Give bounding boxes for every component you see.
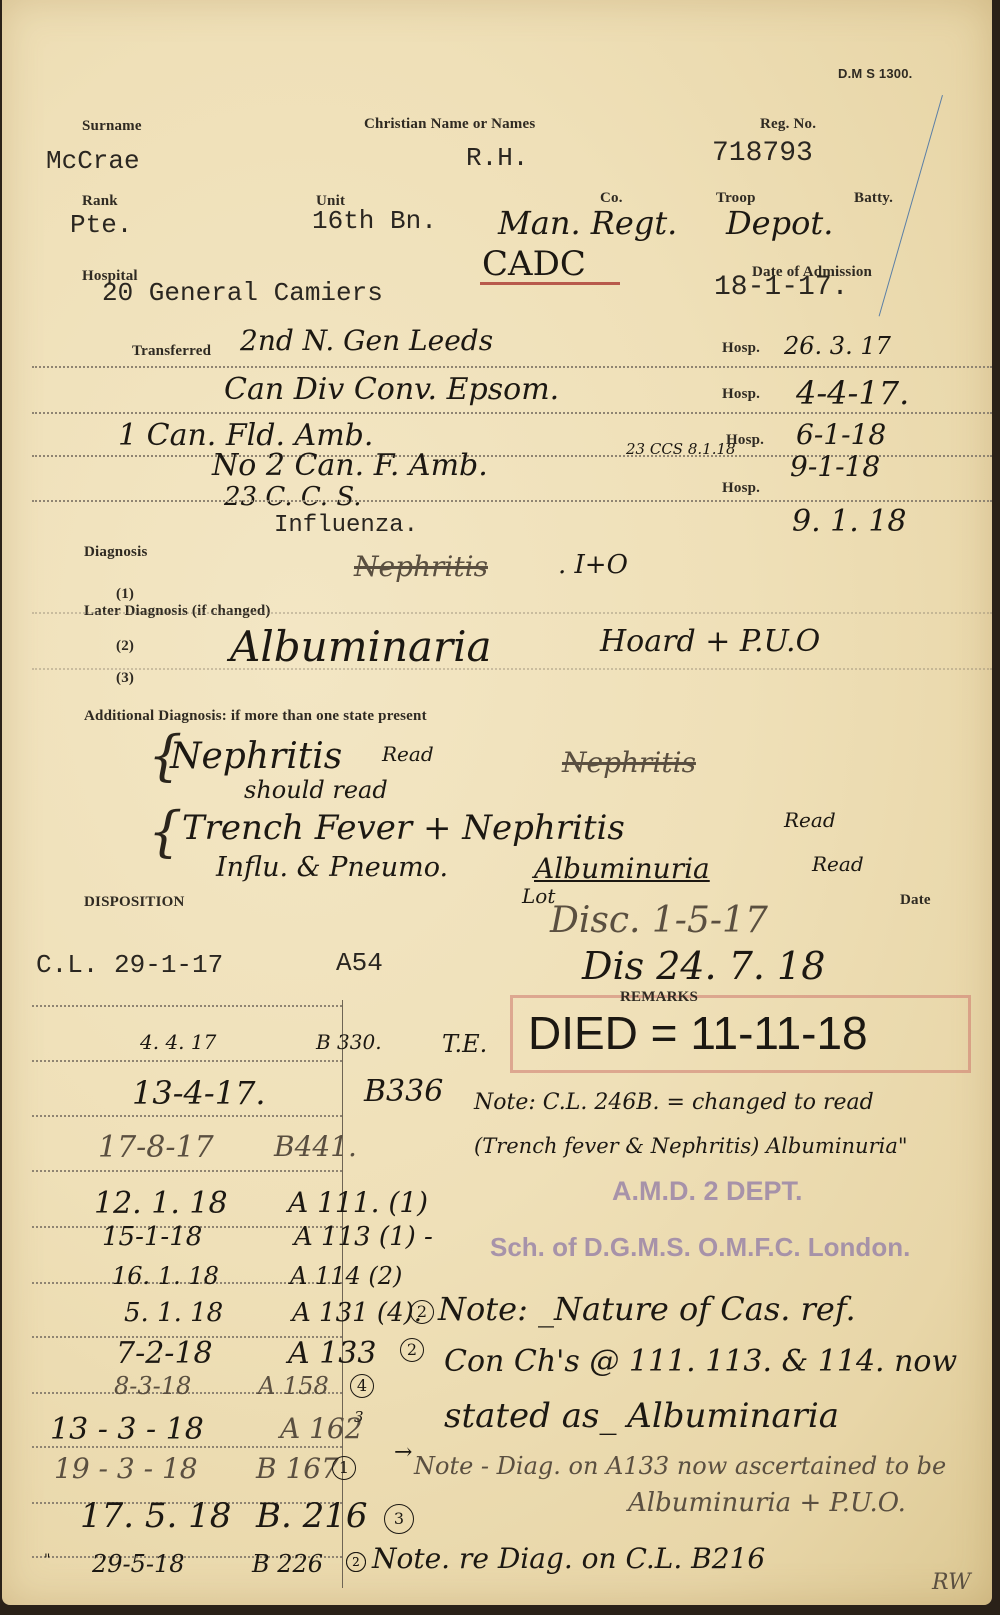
ledger-date: 29-5-18 xyxy=(92,1550,185,1578)
divider xyxy=(32,1060,342,1062)
ledger-note: (Trench fever & Nephritis) Albuminuria" xyxy=(474,1134,908,1158)
date-label: Date xyxy=(900,892,931,909)
troop-batty-value: Depot. xyxy=(726,204,833,242)
medical-history-card: D.M S 1300. Surname Christian Name or Na… xyxy=(2,0,992,1605)
transfer-2-place: Can Div Conv. Epsom. xyxy=(224,372,559,407)
christian-names-value: R.H. xyxy=(466,143,528,173)
surname-value: McCrae xyxy=(46,146,140,176)
ledger-ref: A 114 (2) xyxy=(290,1262,402,1290)
transfer-5-place: 23 C. C. S. xyxy=(224,482,362,512)
circled-number: 1 xyxy=(332,1456,356,1480)
died-remark: DIED = 11-11-18 xyxy=(528,1006,868,1060)
hosp-label-1: Hosp. xyxy=(722,340,760,357)
ledger-ref: B441. xyxy=(274,1130,357,1163)
hosp-label-2: Hosp. xyxy=(722,386,760,403)
diagnosis-annotation: . I+O xyxy=(558,550,628,580)
ledger-ref: B336 xyxy=(364,1074,443,1109)
hosp-label-4: Hosp. xyxy=(722,480,760,497)
note-3-line-a: Note - Diag. on A133 now ascertained to … xyxy=(414,1452,946,1480)
transfer-2-date: 4-4-17. xyxy=(796,374,909,412)
ledger-date: 15-1-18 xyxy=(102,1222,202,1252)
additional-line-2: should read xyxy=(244,776,388,804)
additional-line-1-struck: Nephritis xyxy=(562,746,696,779)
additional-line-1-note: Read xyxy=(382,742,434,766)
brace: { xyxy=(148,800,182,863)
diagnosis-struck: Nephritis xyxy=(354,550,488,583)
discharge-2: Dis 24. 7. 18 xyxy=(582,944,825,988)
ledger-date: 17-8-17 xyxy=(98,1130,214,1165)
ledger-date: 12. 1. 18 xyxy=(94,1186,228,1221)
rank-value: Pte. xyxy=(70,210,132,240)
discharge-1: Disc. 1-5-17 xyxy=(550,900,768,941)
transfer-4-note: 23 CCS 8.1.18 xyxy=(626,440,736,458)
note-b216: Note. re Diag. on C.L. B216 xyxy=(372,1542,765,1575)
later-diagnosis-suffix: Hoard + P.U.O xyxy=(600,624,820,659)
circled-number: 2 xyxy=(410,1300,434,1324)
ledger-ref: A 113 (1) - xyxy=(294,1222,433,1252)
circled-number: 2 xyxy=(346,1552,366,1572)
ledger-ref: B 226 xyxy=(252,1550,323,1578)
stamp-amd-dept: A.M.D. 2 DEPT. xyxy=(612,1176,803,1207)
transfer-4-place: No 2 Can. F. Amb. xyxy=(212,448,488,483)
divider xyxy=(32,1170,342,1172)
ledger-date: 8-3-18 xyxy=(114,1372,191,1400)
transferred-label: Transferred xyxy=(132,343,211,360)
remarks-label: REMARKS xyxy=(620,989,698,1006)
ledger-date: 13-4-17. xyxy=(132,1074,266,1112)
disposition-typed: C.L. 29-1-17 xyxy=(36,950,223,980)
unit-correction: CADC xyxy=(482,244,586,284)
additional-diagnosis-label: Additional Diagnosis: if more than one s… xyxy=(84,708,427,725)
rank-label: Rank xyxy=(82,193,118,210)
divider xyxy=(32,668,992,670)
ledger-date: 7-2-18 xyxy=(116,1336,213,1371)
form-number: D.M S 1300. xyxy=(838,66,912,81)
ledger-note: T.E. xyxy=(442,1030,487,1058)
ledger-date: 5. 1. 18 xyxy=(124,1298,223,1328)
divider xyxy=(32,1005,342,1007)
additional-line-4: Influ. & Pneumo. xyxy=(216,852,448,883)
ledger-ref: A 131 (4). xyxy=(292,1298,422,1328)
ledger-ref: A 111. (1) xyxy=(288,1186,428,1219)
christian-names-label: Christian Name or Names xyxy=(364,116,535,133)
ledger-ref: A 158 xyxy=(258,1372,329,1400)
reg-no-label: Reg. No. xyxy=(760,116,816,133)
additional-line-4b: Albuminuria xyxy=(534,852,710,885)
divider xyxy=(32,500,992,502)
ledger-ref: B 167 xyxy=(256,1452,339,1485)
unit-value: 16th Bn. xyxy=(312,206,437,236)
circled-number: 4 xyxy=(350,1374,374,1398)
ditto-mark: " xyxy=(44,1552,50,1568)
diag-2-label: (2) xyxy=(116,638,134,655)
note-2-line-c: stated as_ Albuminaria xyxy=(444,1396,839,1436)
note-2-line-b: Con Ch's @ 111. 113. & 114. now xyxy=(444,1344,957,1379)
note-2-line-a: Note: _Nature of Cas. ref. xyxy=(438,1290,856,1328)
additional-line-1: Nephritis xyxy=(170,736,342,777)
divider xyxy=(32,612,992,614)
unit-handwritten: Man. Regt. xyxy=(498,204,677,242)
ledger-date: 17. 5. 18 xyxy=(80,1496,231,1536)
transfer-4-date: 9-1-18 xyxy=(790,450,880,483)
date-of-admission-value: 18-1-17. xyxy=(714,272,848,303)
divider xyxy=(32,1115,342,1117)
red-underline xyxy=(480,282,620,285)
divider xyxy=(32,366,992,368)
disposition-typed-ref: A54 xyxy=(336,948,383,978)
ledger-ref: A 162 xyxy=(280,1412,363,1445)
circled-number: 2 xyxy=(400,1338,424,1362)
reg-no-value: 718793 xyxy=(712,138,813,169)
diagnosis-typed: Influenza. xyxy=(274,512,418,539)
initials: RW xyxy=(932,1570,971,1595)
transfer-1-place: 2nd N. Gen Leeds xyxy=(240,324,493,357)
circled-number: 3 xyxy=(384,1504,414,1534)
diag-1-label: (1) xyxy=(116,586,134,603)
diag-3-label: (3) xyxy=(116,670,134,687)
transfer-3-date: 6-1-18 xyxy=(796,418,886,451)
disposition-label: DISPOSITION xyxy=(84,894,185,911)
transfer-5-date: 9. 1. 18 xyxy=(792,504,907,539)
ledger-date: 19 - 3 - 18 xyxy=(54,1452,198,1485)
transfer-1-date: 26. 3. 17 xyxy=(784,332,891,360)
ledger-date: 16. 1. 18 xyxy=(112,1262,219,1290)
ledger-ref: A 133 xyxy=(288,1336,376,1371)
ledger-note: Note: C.L. 246B. = changed to read xyxy=(474,1090,874,1115)
divider xyxy=(32,412,992,414)
ledger-date: 4. 4. 17 xyxy=(140,1030,216,1054)
additional-line-3: Trench Fever + Nephritis xyxy=(182,808,625,848)
later-diagnosis-value: Albuminaria xyxy=(230,622,492,671)
surname-label: Surname xyxy=(82,118,142,135)
ledger-ref: B 330. xyxy=(316,1030,382,1054)
additional-line-3-note: Read xyxy=(784,808,836,832)
arrow-icon: → xyxy=(394,1440,412,1465)
ledger-ref: B. 216 xyxy=(256,1496,368,1536)
batty-label: Batty. xyxy=(854,190,893,207)
stamp-dgms-london: Sch. of D.G.M.S. O.M.F.C. London. xyxy=(490,1232,910,1263)
ledger-date: 13 - 3 - 18 xyxy=(50,1412,204,1447)
additional-line-4-note: Read xyxy=(812,852,864,876)
diagnosis-label: Diagnosis xyxy=(84,544,148,561)
hospital-value: 20 General Camiers xyxy=(102,278,383,308)
circled-number: 3 xyxy=(354,1408,364,1426)
note-3-line-b: Albuminuria + P.U.O. xyxy=(628,1488,906,1518)
